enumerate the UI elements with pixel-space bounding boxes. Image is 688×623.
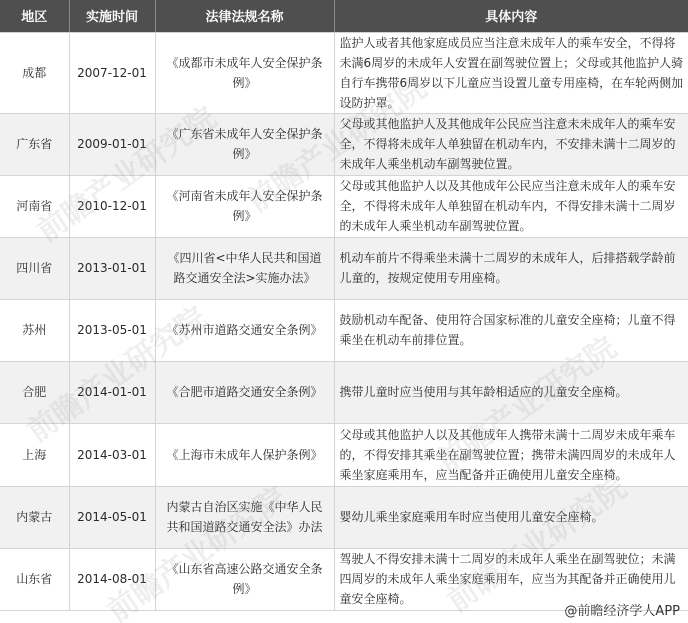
- cell-content: 父母或其他监护人以及其他成年人携带未满十二周岁未成年乘车的，不得安排其乘坐在副驾…: [334, 423, 688, 486]
- cell-region: 苏州: [0, 299, 69, 361]
- table-row: 上海 2014-03-01 《上海市未成年人保护条例》 父母或其他监护人以及其他…: [0, 423, 688, 486]
- table-header-row: 地区 实施时间 法律法规名称 具体内容: [0, 0, 688, 32]
- cell-region: 广东省: [0, 113, 69, 175]
- cell-date: 2009-01-01: [69, 113, 155, 175]
- regulations-table: 地区 实施时间 法律法规名称 具体内容 成都 2007-12-01 《成都市未成…: [0, 0, 688, 611]
- cell-date: 2014-03-01: [69, 423, 155, 486]
- table-row: 河南省 2010-12-01 《河南省未成年人安全保护条例》 父母或其他监护人以…: [0, 175, 688, 237]
- table-row: 四川省 2013-01-01 《四川省<中华人民共和国道路交通安全法>实施办法》…: [0, 237, 688, 299]
- cell-content: 监护人或者其他家庭成员应当注意未成年人的乘车安全，不得将未满6周岁的未成年人安置…: [334, 32, 688, 113]
- cell-law-name: 《河南省未成年人安全保护条例》: [155, 175, 334, 237]
- cell-law-name: 《苏州市道路交通安全条例》: [155, 299, 334, 361]
- cell-law-name: 《合肥市道路交通安全条例》: [155, 361, 334, 423]
- cell-content: 父母或其他监护人以及其他成年公民应当注意未成年人的乘车安全，不得将未成年人单独留…: [334, 175, 688, 237]
- cell-region: 上海: [0, 423, 69, 486]
- source-attribution: @前瞻经济学人APP: [564, 600, 680, 619]
- cell-law-name: 《上海市未成年人保护条例》: [155, 423, 334, 486]
- cell-date: 2013-01-01: [69, 237, 155, 299]
- cell-law-name: 《成都市未成年人安全保护条例》: [155, 32, 334, 113]
- header-law-name: 法律法规名称: [155, 0, 334, 32]
- cell-date: 2014-01-01: [69, 361, 155, 423]
- cell-date: 2007-12-01: [69, 32, 155, 113]
- page: 地区 实施时间 法律法规名称 具体内容 成都 2007-12-01 《成都市未成…: [0, 0, 688, 623]
- cell-region: 内蒙古: [0, 486, 69, 548]
- cell-region: 河南省: [0, 175, 69, 237]
- table-row: 成都 2007-12-01 《成都市未成年人安全保护条例》 监护人或者其他家庭成…: [0, 32, 688, 113]
- cell-content: 父母或其他监护人及其他成年公民应当注意未未成年人的乘车安全，不得将未成年人单独留…: [334, 113, 688, 175]
- table-row: 合肥 2014-01-01 《合肥市道路交通安全条例》 携带儿童时应当使用与其年…: [0, 361, 688, 423]
- cell-date: 2014-08-01: [69, 548, 155, 610]
- table-row: 内蒙古 2014-05-01 内蒙古自治区实施《中华人民共和国道路交通安全法》办…: [0, 486, 688, 548]
- cell-region: 四川省: [0, 237, 69, 299]
- cell-content: 携带儿童时应当使用与其年龄相适应的儿童安全座椅。: [334, 361, 688, 423]
- header-region: 地区: [0, 0, 69, 32]
- cell-date: 2013-05-01: [69, 299, 155, 361]
- cell-law-name: 《四川省<中华人民共和国道路交通安全法>实施办法》: [155, 237, 334, 299]
- cell-law-name: 《广东省未成年人安全保护条例》: [155, 113, 334, 175]
- cell-date: 2014-05-01: [69, 486, 155, 548]
- header-date: 实施时间: [69, 0, 155, 32]
- table-row: 苏州 2013-05-01 《苏州市道路交通安全条例》 鼓励机动车配备、使用符合…: [0, 299, 688, 361]
- cell-region: 合肥: [0, 361, 69, 423]
- cell-date: 2010-12-01: [69, 175, 155, 237]
- table-row: 广东省 2009-01-01 《广东省未成年人安全保护条例》 父母或其他监护人及…: [0, 113, 688, 175]
- cell-region: 山东省: [0, 548, 69, 610]
- cell-region: 成都: [0, 32, 69, 113]
- cell-law-name: 《山东省高速公路交通安全条例》: [155, 548, 334, 610]
- cell-content: 机动车前片不得乘坐未满十二周岁的未成年人，后排搭载学龄前儿童的，按规定使用专用座…: [334, 237, 688, 299]
- cell-law-name: 内蒙古自治区实施《中华人民共和国道路交通安全法》办法: [155, 486, 334, 548]
- cell-content: 婴幼儿乘坐家庭乘用车时应当使用儿童安全座椅。: [334, 486, 688, 548]
- header-content: 具体内容: [334, 0, 688, 32]
- cell-content: 鼓励机动车配备、使用符合国家标准的儿童安全座椅；儿童不得乘坐在机动车前排位置。: [334, 299, 688, 361]
